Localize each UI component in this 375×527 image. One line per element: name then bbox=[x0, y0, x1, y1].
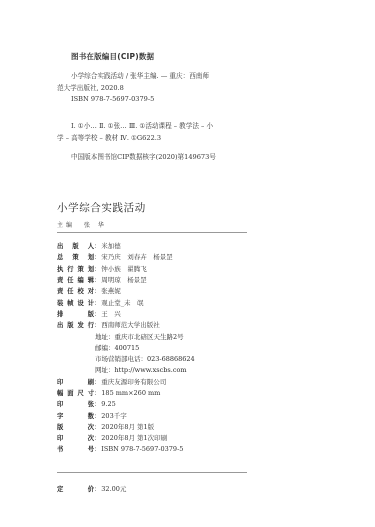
colon: ： bbox=[94, 433, 100, 442]
production-row: 印 次：2020年8月 第1次印刷 bbox=[57, 432, 257, 443]
copyright-page: 图书在版编目(CIP)数据 小学综合实践活动 / 张华主编. — 重庆：西南师 … bbox=[0, 0, 375, 527]
cip-catalog-entry: 小学综合实践活动 / 张华主编. — 重庆：西南师 范大学出版社, 2020.8… bbox=[57, 71, 247, 106]
detail-row: 出 版 人：米加德 bbox=[57, 240, 257, 251]
detail-value: 米加德 bbox=[101, 241, 121, 250]
production-label: 印 次 bbox=[57, 433, 94, 442]
production-value: ISBN 978-7-5697-0379-5 bbox=[101, 445, 183, 453]
colon: ： bbox=[94, 444, 100, 453]
colon: ： bbox=[94, 309, 100, 318]
detail-label: 总 策 划 bbox=[57, 252, 94, 261]
production-value: 203千字 bbox=[101, 411, 126, 420]
detail-row: 责任校对：张燕妮 bbox=[57, 285, 257, 296]
production-label: 幅面尺寸 bbox=[57, 388, 94, 397]
production-label: 字 数 bbox=[57, 411, 94, 420]
colon: ： bbox=[94, 388, 100, 397]
detail-label: 出版发行 bbox=[57, 320, 94, 329]
production-row: 版 次：2020年8月 第1版 bbox=[57, 421, 257, 432]
cip-entry-line: 范大学出版社, 2020.8 bbox=[57, 83, 247, 95]
editor-label: 主编 bbox=[57, 222, 75, 229]
colon: ： bbox=[94, 320, 100, 329]
production-row: 书 号：ISBN 978-7-5697-0379-5 bbox=[57, 443, 257, 454]
detail-row: 出版发行：西南师范大学出版社 bbox=[57, 319, 257, 330]
price-value: 32.00元 bbox=[101, 484, 126, 493]
colon: ： bbox=[94, 241, 100, 250]
divider-bottom bbox=[57, 472, 247, 473]
detail-row: 责任编辑：周明琼 杨景罡 bbox=[57, 274, 257, 285]
editor-line: 主编 张 华 bbox=[57, 220, 107, 229]
colon: ： bbox=[94, 286, 100, 295]
production-row: 幅面尺寸：185 mm×260 mm bbox=[57, 387, 257, 398]
production-row: 印 刷：重庆友源印务有限公司 bbox=[57, 376, 257, 387]
publication-details: 出 版 人：米加德 总 策 划：宋乃庆 刘春卉 杨景罡 执行策划：钟小族 翟腾飞… bbox=[57, 240, 257, 455]
editor-name: 张 华 bbox=[84, 222, 107, 229]
production-value: 185 mm×260 mm bbox=[101, 389, 160, 397]
colon: ： bbox=[94, 298, 100, 307]
detail-row: 装帧设计：观止堂_未 氓 bbox=[57, 296, 257, 307]
detail-label: 出 版 人 bbox=[57, 241, 94, 250]
publisher-postcode: 邮编：400715 bbox=[57, 342, 257, 353]
production-value: 9.25 bbox=[101, 400, 115, 408]
detail-row: 排 版：王 兴 bbox=[57, 308, 257, 319]
production-value: 重庆友源印务有限公司 bbox=[101, 377, 166, 386]
publisher-address: 地址：重庆市北碚区天生路2号 bbox=[57, 330, 257, 341]
cip-record-number: 中国版本图书馆CIP数据核字(2020)第149673号 bbox=[57, 152, 247, 164]
colon: ： bbox=[94, 422, 100, 431]
colon: ： bbox=[94, 411, 100, 420]
detail-row: 总 策 划：宋乃庆 刘春卉 杨景罡 bbox=[57, 251, 257, 262]
detail-row: 执行策划：钟小族 翟腾飞 bbox=[57, 263, 257, 274]
cip-classification-line: Ⅰ. ①小… Ⅱ. ①张… Ⅲ. ①活动课程 – 教学法 – 小 bbox=[57, 121, 247, 133]
detail-value: 王 兴 bbox=[101, 309, 121, 318]
book-title: 小学综合实践活动 bbox=[57, 200, 146, 215]
detail-value: 观止堂_未 氓 bbox=[101, 298, 143, 307]
detail-label: 责任校对 bbox=[57, 286, 94, 295]
detail-value: 西南师范大学出版社 bbox=[101, 320, 160, 329]
detail-label: 排 版 bbox=[57, 309, 94, 318]
colon: ： bbox=[94, 399, 100, 408]
colon: ： bbox=[94, 377, 100, 386]
production-row: 字 数：203千字 bbox=[57, 409, 257, 420]
detail-value: 钟小族 翟腾飞 bbox=[101, 264, 147, 273]
colon: ： bbox=[94, 275, 100, 284]
colon: ： bbox=[94, 484, 100, 493]
colon: ： bbox=[94, 252, 100, 261]
production-value: 2020年8月 第1版 bbox=[101, 422, 154, 431]
publisher-website: 网址：http://www.xscbs.com bbox=[57, 364, 257, 375]
price-row: 定 价：32.00元 bbox=[57, 483, 126, 494]
production-label: 印 张 bbox=[57, 399, 94, 408]
divider-top bbox=[57, 232, 247, 233]
colon: ： bbox=[94, 264, 100, 273]
cip-entry-line: 小学综合实践活动 / 张华主编. — 重庆：西南师 bbox=[57, 71, 247, 83]
publisher-phone: 市场营销部电话：023-68868624 bbox=[57, 353, 257, 364]
production-label: 印 刷 bbox=[57, 377, 94, 386]
detail-value: 周明琼 杨景罡 bbox=[101, 275, 147, 284]
production-label: 书 号 bbox=[57, 444, 94, 453]
cip-header: 图书在版编目(CIP)数据 bbox=[71, 51, 154, 62]
detail-label: 执行策划 bbox=[57, 264, 94, 273]
production-value: 2020年8月 第1次印刷 bbox=[101, 433, 167, 442]
price-label: 定 价 bbox=[57, 484, 94, 493]
detail-label: 装帧设计 bbox=[57, 298, 94, 307]
cip-classification: Ⅰ. ①小… Ⅱ. ①张… Ⅲ. ①活动课程 – 教学法 – 小 学 – 高等学… bbox=[57, 121, 247, 144]
detail-value: 张燕妮 bbox=[101, 286, 121, 295]
production-label: 版 次 bbox=[57, 422, 94, 431]
detail-label: 责任编辑 bbox=[57, 275, 94, 284]
production-row: 印 张：9.25 bbox=[57, 398, 257, 409]
cip-isbn: ISBN 978-7-5697-0379-5 bbox=[57, 94, 247, 106]
cip-classification-line: 学 – 高等学校 – 教材 Ⅳ. ①G622.3 bbox=[57, 133, 247, 145]
detail-value: 宋乃庆 刘春卉 杨景罡 bbox=[101, 252, 173, 261]
cip-record-text: 中国版本图书馆CIP数据核字(2020)第149673号 bbox=[57, 152, 247, 164]
